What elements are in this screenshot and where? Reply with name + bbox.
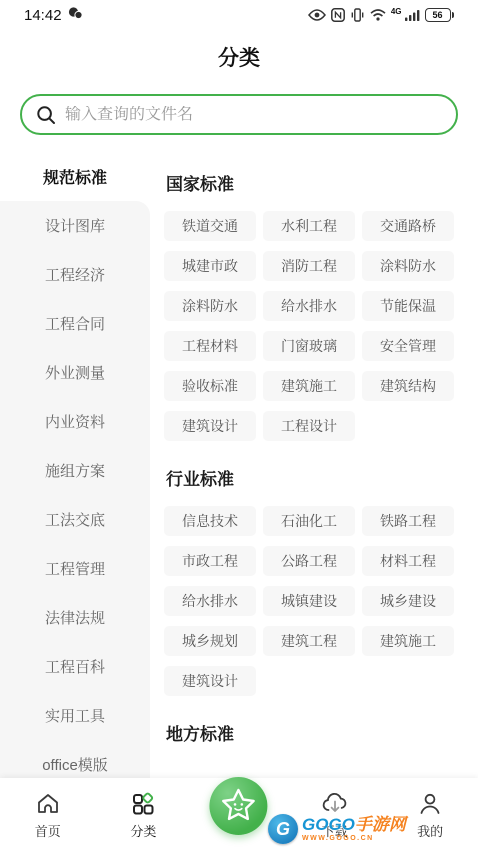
status-bar: 14:42 4G 56 [0,0,478,30]
battery-percent: 56 [425,8,451,22]
tag-chip[interactable]: 水利工程 [263,211,355,241]
search-icon [36,105,56,125]
person-icon [417,791,443,817]
message-icon [68,7,83,24]
tag-chip[interactable]: 公路工程 [263,546,355,576]
nfc-icon [331,8,345,22]
nav-label-download: 下载 [322,821,348,840]
tag-chip[interactable]: 涂料防水 [164,291,256,321]
home-icon [35,791,61,817]
vibrate-icon [350,8,365,22]
nav-label-category: 分类 [130,821,156,840]
sidebar-item-2[interactable]: 设计图库 [0,201,150,250]
tag-chip[interactable]: 工程设计 [263,411,355,441]
tag-chip[interactable]: 城乡规划 [164,626,256,656]
tag-chip[interactable]: 安全管理 [362,331,454,361]
tag-chip[interactable]: 建筑工程 [263,626,355,656]
battery-icon: 56 [425,8,455,22]
sidebar-item-6[interactable]: 内业资料 [0,397,150,446]
wifi-icon [370,9,386,21]
sidebar-item-10[interactable]: 法律法规 [0,593,150,642]
tag-chip[interactable]: 城乡建设 [362,586,454,616]
tag-chip[interactable]: 建筑施工 [263,371,355,401]
nav-label-mine: 我的 [417,821,443,840]
sidebar-item-4[interactable]: 工程合同 [0,299,150,348]
category-grid-icon [130,791,156,817]
tag-grid: 信息技术石油化工铁路工程市政工程公路工程材料工程给水排水城镇建设城乡建设城乡规划… [164,506,468,706]
nav-item-category[interactable]: 分类 [96,789,192,840]
sidebar-item-11[interactable]: 工程百科 [0,642,150,691]
tag-chip[interactable]: 交通路桥 [362,211,454,241]
sidebar-item-9[interactable]: 工程管理 [0,544,150,593]
tag-chip[interactable]: 城建市政 [164,251,256,281]
tag-chip[interactable]: 城镇建设 [263,586,355,616]
nav-item-home[interactable]: 首页 [0,789,96,840]
cloud-download-icon [321,791,349,817]
sidebar-item-13[interactable]: office模版 [0,740,150,778]
tag-grid: 铁道交通水利工程交通路桥城建市政消防工程涂料防水涂料防水给水排水节能保温工程材料… [164,211,468,451]
tag-chip[interactable]: 验收标准 [164,371,256,401]
eye-icon [308,9,326,21]
tag-chip[interactable]: 建筑结构 [362,371,454,401]
status-time: 14:42 [24,7,62,24]
tag-chip[interactable]: 涂料防水 [362,251,454,281]
signal-icon [405,9,420,21]
tag-chip[interactable]: 节能保温 [362,291,454,321]
tag-chip[interactable]: 门窗玻璃 [263,331,355,361]
tag-chip[interactable]: 建筑设计 [164,666,256,696]
tag-chip[interactable]: 石油化工 [263,506,355,536]
star-face-icon [217,785,259,827]
star-fab-button[interactable] [209,777,267,835]
sidebar-item-3[interactable]: 工程经济 [0,250,150,299]
search-bar[interactable] [20,94,458,135]
sidebar-item-12[interactable]: 实用工具 [0,691,150,740]
nav-item-mine[interactable]: 我的 [382,789,478,840]
section-title: 国家标准 [166,170,468,195]
tag-chip[interactable]: 信息技术 [164,506,256,536]
tag-chip[interactable]: 建筑施工 [362,626,454,656]
tag-chip[interactable]: 建筑设计 [164,411,256,441]
tag-chip[interactable]: 市政工程 [164,546,256,576]
section-title: 行业标准 [166,465,468,490]
sidebar-item-1[interactable]: 规范标准 [0,152,150,201]
sidebar-item-7[interactable]: 施组方案 [0,446,150,495]
section-title: 地方标准 [166,720,468,745]
tag-chip[interactable]: 给水排水 [263,291,355,321]
tag-chip[interactable]: 材料工程 [362,546,454,576]
sidebar: 规范标准设计图库工程经济工程合同外业测量内业资料施组方案工法交底工程管理法律法规… [0,152,150,778]
tag-chip[interactable]: 铁路工程 [362,506,454,536]
category-panel: 国家标准铁道交通水利工程交通路桥城建市政消防工程涂料防水涂料防水给水排水节能保温… [150,152,478,778]
page-title: 分类 [0,44,478,74]
tag-chip[interactable]: 消防工程 [263,251,355,281]
sidebar-item-8[interactable]: 工法交底 [0,495,150,544]
tag-chip[interactable]: 工程材料 [164,331,256,361]
tag-chip[interactable]: 铁道交通 [164,211,256,241]
sidebar-item-5[interactable]: 外业测量 [0,348,150,397]
nav-label-home: 首页 [35,821,61,840]
network-type-label: 4G [391,7,402,16]
search-area [0,74,478,135]
tag-chip[interactable]: 给水排水 [164,586,256,616]
nav-item-download[interactable]: 下载 [287,789,383,840]
content-area: 规范标准设计图库工程经济工程合同外业测量内业资料施组方案工法交底工程管理法律法规… [0,152,478,778]
search-input[interactable] [65,106,442,124]
